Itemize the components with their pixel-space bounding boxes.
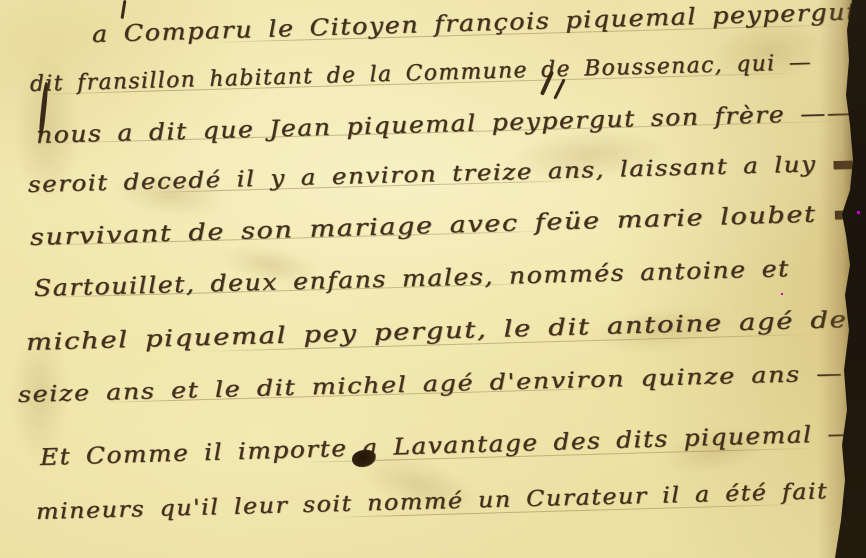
manuscript-line-text: nous a dit que Jean piquemal peypergut s… bbox=[36, 98, 854, 151]
manuscript-line-7: michel piquemal pey pergut, le dit antoi… bbox=[26, 305, 849, 358]
manuscript-line-6: Sartouillet, deux enfans males, nommés a… bbox=[34, 254, 791, 304]
manuscript-line-9: Et Comme il importe a Lavantage des dits… bbox=[40, 419, 855, 473]
manuscript-line-8: seize ans et le dit michel agé d'environ… bbox=[18, 359, 845, 411]
manuscript-line-4: seroit decedé il y a environ treize ans,… bbox=[28, 149, 857, 201]
cutoff-pen-stroke bbox=[121, 0, 127, 19]
manuscript-line-10: mineurs qu'il leur soit nommé un Curateu… bbox=[36, 477, 829, 528]
manuscript-line-text: michel piquemal pey pergut, le dit antoi… bbox=[26, 305, 848, 358]
paper-edge-browning bbox=[818, 0, 866, 558]
manuscript-line-text: Sartouillet, deux enfans males, nommés a… bbox=[34, 254, 791, 304]
manuscript-line-text: seroit decedé il y a environ treize ans,… bbox=[28, 149, 857, 201]
manuscript-line-2: dit fransillon habitant de la Commune de… bbox=[30, 48, 813, 100]
manuscript-line-text: survivant de son mariage avec feüe marie… bbox=[30, 198, 861, 253]
manuscript-line-text: dit fransillon habitant de la Commune de… bbox=[30, 48, 813, 100]
manuscript-line-text: Et Comme il importe a Lavantage des dits… bbox=[40, 419, 855, 473]
manuscript-line-3: nous a dit que Jean piquemal peypergut s… bbox=[36, 98, 855, 151]
manuscript-line-text: mineurs qu'il leur soit nommé un Curateu… bbox=[36, 477, 829, 528]
manuscript-page-scan: a Comparu le Citoyen françois piquemal p… bbox=[0, 0, 866, 558]
manuscript-line-1: a Comparu le Citoyen françois piquemal p… bbox=[92, 0, 859, 50]
magenta-pixel-artifact bbox=[781, 293, 783, 295]
manuscript-line-text: a Comparu le Citoyen françois piquemal p… bbox=[92, 0, 859, 50]
manuscript-line-5: survivant de son mariage avec feüe marie… bbox=[30, 198, 861, 253]
manuscript-line-text: seize ans et le dit michel agé d'environ… bbox=[18, 359, 844, 411]
